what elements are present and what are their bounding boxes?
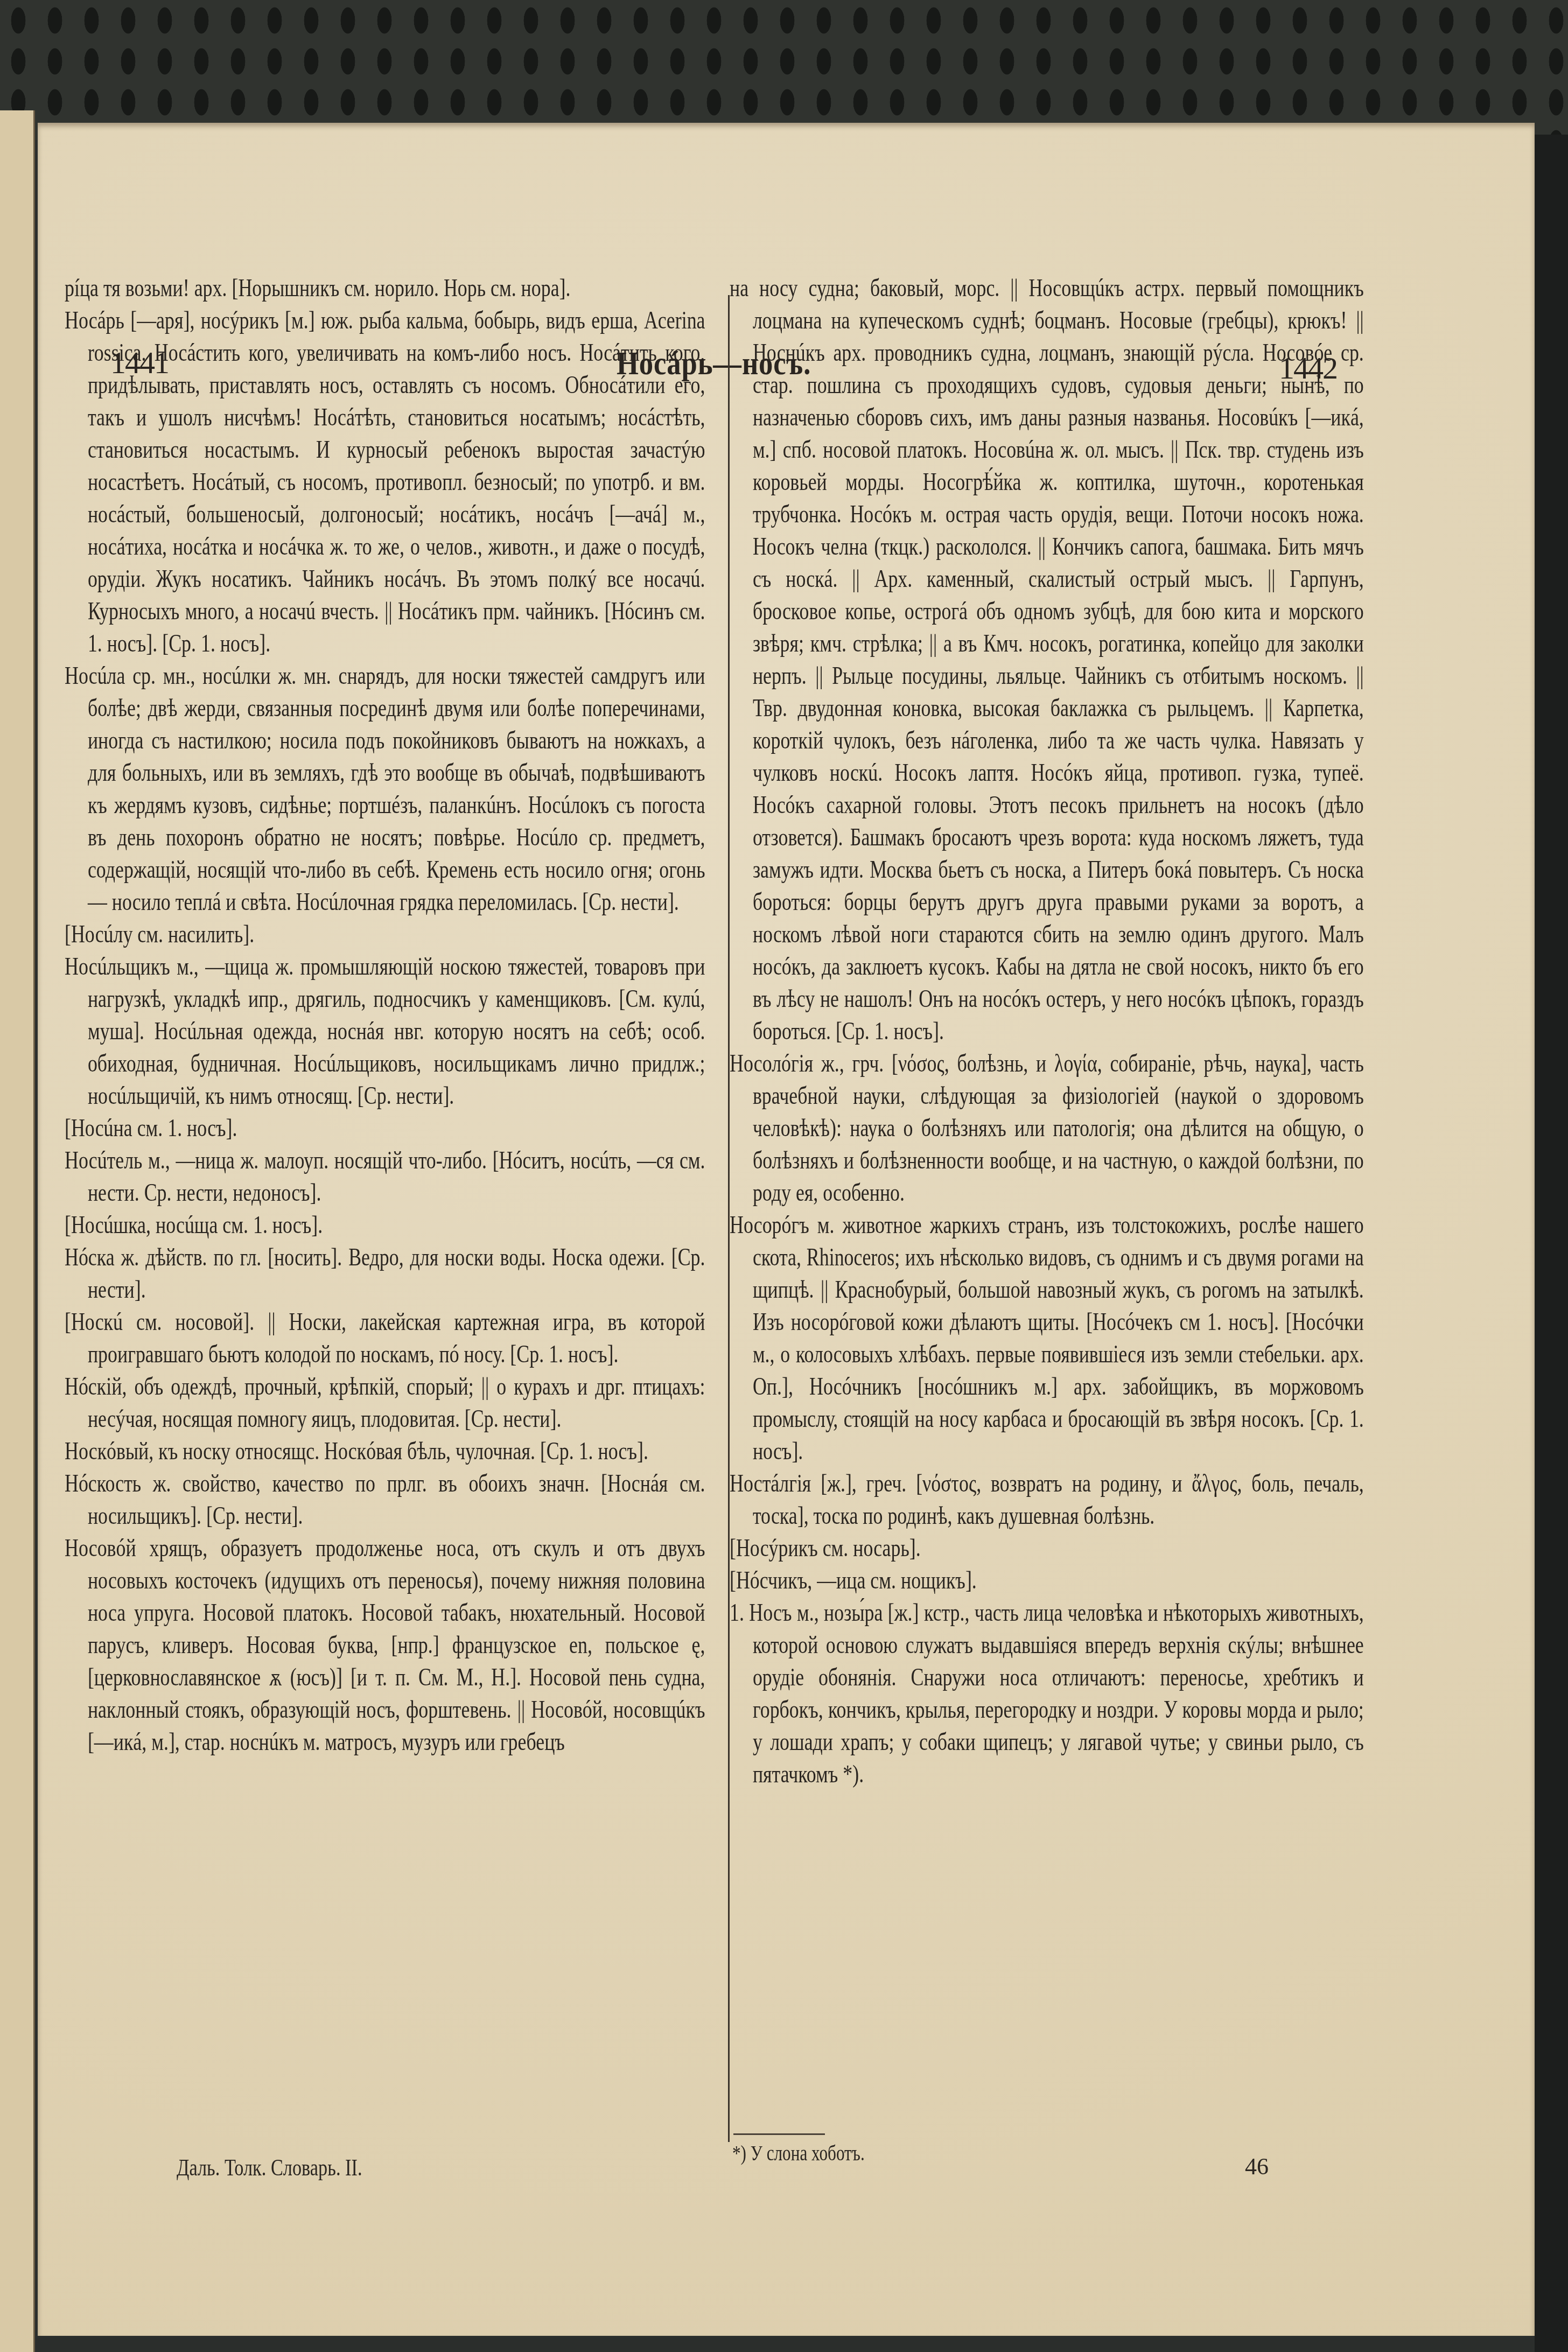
- entry: Носорóгъ м. животное жаркихъ странъ, изъ…: [730, 1209, 1364, 1467]
- entry: Нóска ж. дѣйств. по гл. [носить]. Ведро,…: [65, 1241, 705, 1306]
- entry: Носáрь [—аря], носýрикъ [м.] юж. рыба ка…: [65, 304, 705, 660]
- entry: Носкóвый, къ носку относящс. Носкóвая бѣ…: [65, 1435, 705, 1467]
- entry: Нóскій, объ одеждѣ, прочный, крѣпкій, сп…: [65, 1370, 705, 1435]
- entry: Носовóй хрящъ, образуетъ продолженье нос…: [65, 1532, 705, 1758]
- entry: Нóскость ж. свойство, качество по прлг. …: [65, 1467, 705, 1532]
- entry: Носúтель м., —ница ж. малоуп. носящій чт…: [65, 1144, 705, 1209]
- entry: [Носкú см. носовой]. || Носки, лакейская…: [65, 1306, 705, 1370]
- entry: [Нóсчикъ, —ица см. нощикъ].: [730, 1564, 1364, 1597]
- entry: Ностáлгія [ж.], греч. [νόστος, возвратъ …: [730, 1467, 1364, 1532]
- entry: на носу судна; баковый, морс. || Носовщú…: [730, 272, 1364, 1047]
- footnote-rule: [733, 2133, 825, 2135]
- previous-page-edge: [0, 110, 35, 2352]
- footnote: *) У слона хоботъ.: [732, 2140, 865, 2166]
- book-cover-edge: [1535, 135, 1568, 2352]
- entry: [Носúшка, носúща см. 1. носъ].: [65, 1209, 705, 1241]
- entry: Носúла ср. мн., носúлки ж. мн. снарядъ, …: [65, 660, 705, 918]
- entry: 1. Носъ м., нозы́ра [ж.] кстр., часть ли…: [730, 1597, 1364, 1790]
- entry: [Носúлу см. насилить].: [65, 918, 705, 950]
- right-column: на носу судна; баковый, морс. || Носовщú…: [730, 272, 1364, 1790]
- entry: [Носúна см. 1. носъ].: [65, 1112, 705, 1144]
- sheet-number: 46: [1245, 2153, 1269, 2180]
- background-mesh: [0, 0, 1568, 140]
- printer-signature: Даль. Толк. Словарь. II.: [177, 2154, 362, 2181]
- entry: Носолóгія ж., грч. [νόσος, болѣзнь, и λο…: [730, 1047, 1364, 1209]
- entry: [Носýрикъ см. носарь].: [730, 1532, 1364, 1564]
- entry: Носúльщикъ м., —щица ж. промышляющій нос…: [65, 950, 705, 1112]
- left-column: рíца тя возьми! арх. [Норышникъ см. нори…: [65, 272, 705, 1758]
- entry: рíца тя возьми! арх. [Норышникъ см. нори…: [65, 272, 705, 304]
